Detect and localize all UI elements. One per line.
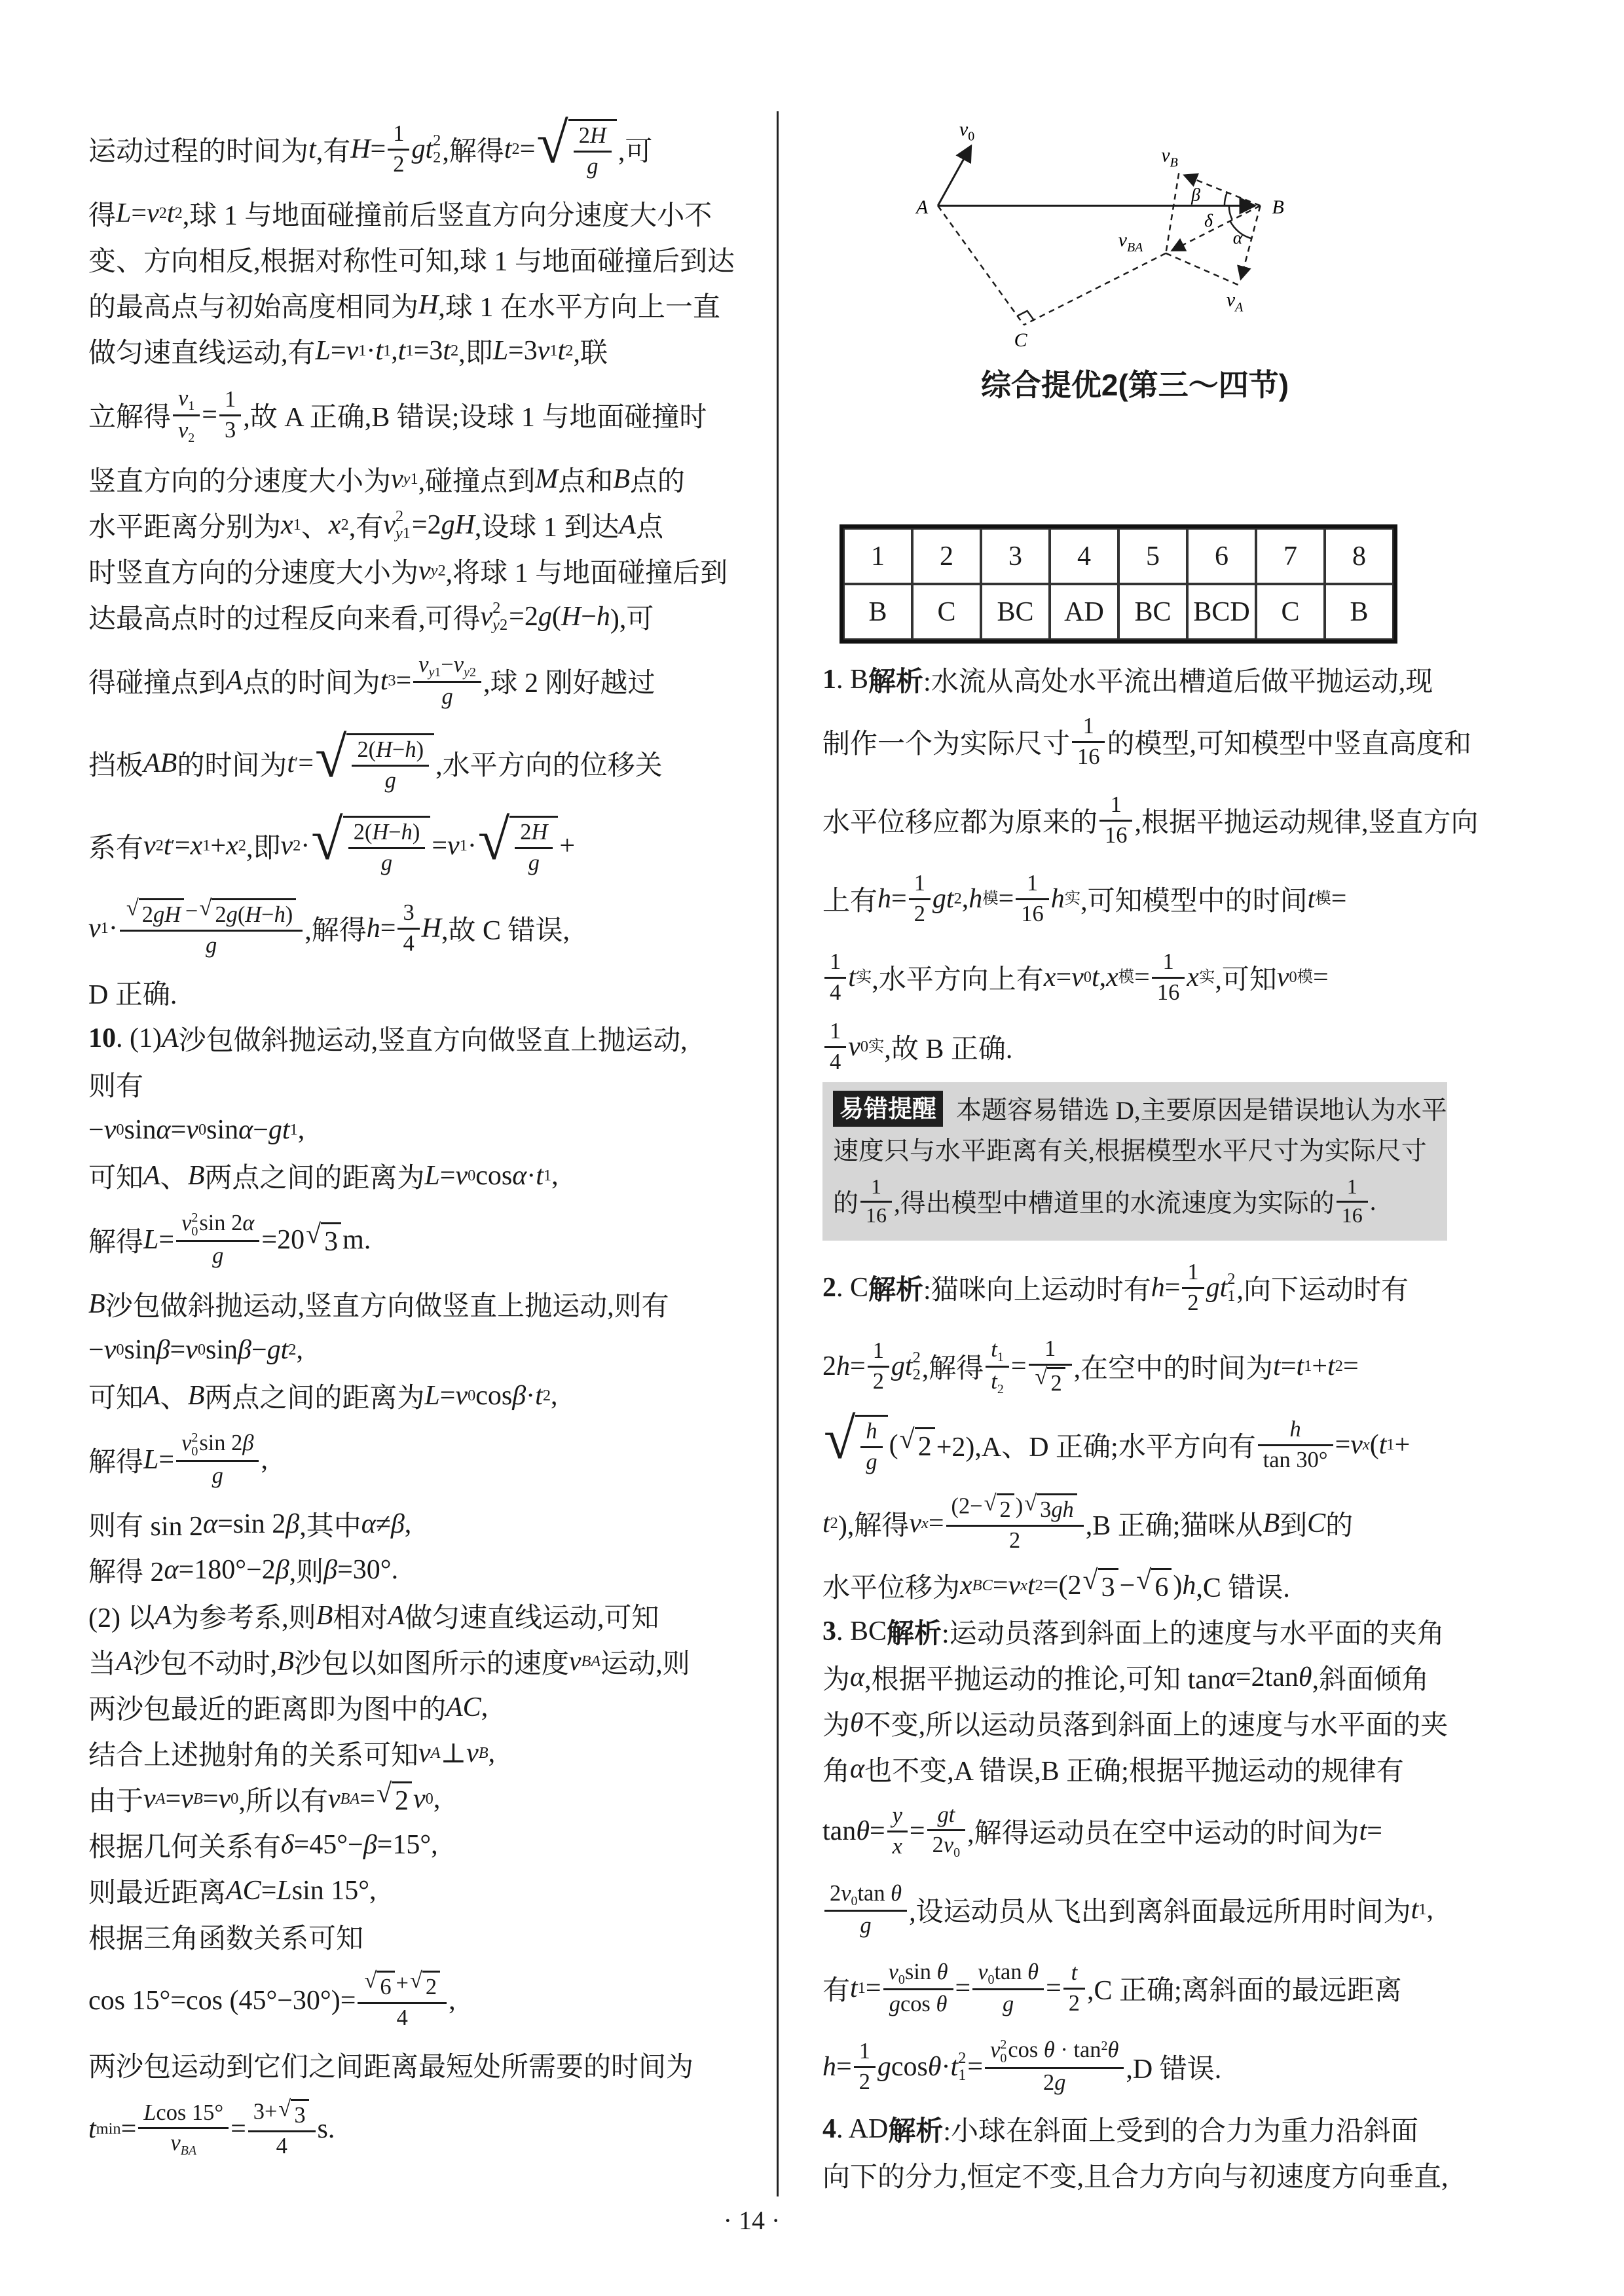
text-line: 则最近距离 AC=Lsin 15°, xyxy=(88,1868,756,1914)
text-line: 两沙包运动到它们之间距离最短处所需要的时间为 xyxy=(88,2042,756,2088)
text-line: 解得 L=v20sin 2αg=20√3 m. xyxy=(88,1199,756,1281)
question-number-cell: 4 xyxy=(1050,528,1118,584)
text-line: 2v0tan θg,设运动员从飞出到离斜面最远所用时间为 t1, xyxy=(822,1870,1447,1949)
text-line: 结合上述抛射角的关系可知 vA⊥vB, xyxy=(88,1730,756,1776)
answer-cell: C xyxy=(1256,584,1325,640)
answer-cell: AD xyxy=(1050,584,1118,640)
text-line: 根据三角函数关系可知 xyxy=(88,1914,756,1959)
vector-v0 xyxy=(938,146,971,206)
question-number-cell: 3 xyxy=(981,528,1050,584)
text-line: 解得 2α=180°−2β,则 β=30°. xyxy=(88,1547,756,1593)
answer-cell: BC xyxy=(981,584,1050,640)
text-line: 得碰撞点到 A 点的时间为 t3=vy1−vy2g,球 2 刚好越过 xyxy=(88,640,756,722)
text-line: 2h=12gt22,解得t1t2=1√2,在空中的时间为 t=t1+t2= xyxy=(822,1327,1447,1406)
text-line: tmin=Lcos 15°vBA=3+√34 s. xyxy=(88,2088,756,2170)
page-number: · 14 · xyxy=(0,2205,1504,2236)
line-CB xyxy=(1024,253,1166,325)
error-alert-box: 易错提醒 本题容易错选 D,主要原因是错误地认为水平 速度只与水平距离有关,根据… xyxy=(822,1082,1447,1241)
text-line: 1. B 解析:水流从高处水平流出槽道后做平抛运动,现 xyxy=(822,657,1447,702)
text-line: 挡板 AB 的时间为 t′=√2(H−h)g,水平方向的位移关 xyxy=(88,722,756,805)
text-line: 则有 sin 2α=sin 2β,其中 α≠β, xyxy=(88,1501,756,1547)
label-v0: v0 xyxy=(959,118,974,144)
text-line: h=12gcos θ · t21=v20cos θ · tan2θ2g,D 错误… xyxy=(822,2028,1447,2106)
text-line: 两沙包最近的距离即为图中的 AC, xyxy=(88,1685,756,1730)
text-line: 可知 A、B 两点之间的距离为 L=v0cos β · t2, xyxy=(88,1373,756,1419)
text-line: 14t实,水平方向上有 x=v0t,x模=116x实,可知 v0模= xyxy=(822,938,1447,1017)
right-column: A B C v0 vB vBA vA β δ α 综合提优2(第三～四节) 1 … xyxy=(822,0,1447,2198)
text-line: 为 θ 不变,所以运动员落到斜面上的速度与水平面的夹 xyxy=(822,1700,1447,1746)
text-line: 变、方向相反,根据对称性可知,球 1 与地面碰撞后到达 xyxy=(88,236,756,282)
text-line: 角 α 也不变,A 错误,B 正确;根据平抛运动的规律有 xyxy=(822,1746,1447,1792)
text-line: 运动过程的时间为 t,有 H=12gt22,解得 t2=√2Hg,可 xyxy=(88,108,756,191)
question-number-cell: 2 xyxy=(912,528,981,584)
text-line: 向下的分力,恒定不变,且合力方向与初速度方向垂直, xyxy=(822,2152,1447,2198)
text-line: 的最高点与初始高度相同为 H,球 1 在水平方向上一直 xyxy=(88,282,756,328)
line-vBA-to-vA xyxy=(1166,253,1238,285)
text-line: 4. AD 解析:小球在斜面上受到的合力为重力沿斜面 xyxy=(822,2106,1447,2152)
label-delta: δ xyxy=(1204,211,1213,231)
solution-1: 1. B 解析:水流从高处水平流出槽道后做平抛运动,现制作一个为实际尺寸116的… xyxy=(822,657,1447,1077)
text-line: 为 α,根据平抛运动的推论,可知 tan α=2tan θ,斜面倾角 xyxy=(822,1654,1447,1700)
text-line: 做匀速直线运动,有 L=v1 · t1,t1=3t2,即 L=3v1t2,联 xyxy=(88,328,756,374)
label-vA: vA xyxy=(1227,289,1244,314)
text-line: 10. (1) A 沙包做斜抛运动,竖直方向做竖直上抛运动, xyxy=(88,1015,756,1061)
text-line: (2) 以 A 为参考系,则 B 相对 A 做匀速直线运动,可知 xyxy=(88,1593,756,1639)
text-line: √hg(√2+2),A、D 正确;水平方向有 htan 30°=vx(t1+ xyxy=(822,1406,1447,1484)
text-line: −v0sin α=v0sin α−gt1, xyxy=(88,1107,756,1153)
question-number-cell: 5 xyxy=(1118,528,1187,584)
question-number-cell: 6 xyxy=(1187,528,1256,584)
alert-label: 易错提醒 xyxy=(833,1091,943,1127)
left-column: 运动过程的时间为 t,有 H=12gt22,解得 t2=√2Hg,可得 L=v2… xyxy=(88,0,756,2170)
text-line: 根据几何关系有 δ=45°−β=15°, xyxy=(88,1822,756,1868)
label-beta: β xyxy=(1190,185,1200,205)
text-line: 3. BC 解析:运动员落到斜面上的速度与水平面的夹角 xyxy=(822,1609,1447,1654)
question-number-cell: 8 xyxy=(1325,528,1393,584)
velocity-vector-diagram: A B C v0 vB vBA vA β δ α xyxy=(849,108,1320,355)
line-vB-to-vBA xyxy=(1166,173,1179,253)
text-line: 有 t1=v0sin θgcos θ=v0tan θg=t2,C 正确;离斜面的… xyxy=(822,1949,1447,2028)
text-line: 的116,得出模型中槽道里的水流速度为实际的116. xyxy=(833,1169,1437,1234)
text-line: 得 L=v2t2,球 1 与地面碰撞前后竖直方向分速度大小不 xyxy=(88,191,756,236)
label-A: A xyxy=(915,196,929,218)
text-line: 可知 A、B 两点之间的距离为 L=v0cos α · t1, xyxy=(88,1153,756,1199)
text-line: 则有 xyxy=(88,1061,756,1107)
text-line: tan θ=yx=gt2v0,解得运动员在空中运动的时间为 t= xyxy=(822,1792,1447,1870)
alert-first-line: 本题容易错选 D,主要原因是错误地认为水平 xyxy=(956,1090,1447,1127)
text-line: 达最高点时的过程反向来看,可得 v2y2=2g(H−h),可 xyxy=(88,594,756,640)
text-line: cos 15°=cos (45°−30°)=√6+√24, xyxy=(88,1959,756,2042)
label-vBA: vBA xyxy=(1118,229,1143,255)
label-vB: vB xyxy=(1161,145,1177,170)
text-line: 水平距离分别为 x1、x2,有 v2y1=2gH,设球 1 到达 A 点 xyxy=(88,502,756,548)
text-line: 2. C 解析:猫咪向上运动时有 h=12gt21,向下运动时有 xyxy=(822,1248,1447,1327)
solutions-2-3-4: 2. C 解析:猫咪向上运动时有 h=12gt21,向下运动时有2h=12gt2… xyxy=(822,1248,1447,2198)
text-line: v1 · √2gH−√2g(H−h)g,解得 h=34H,故 C 错误, xyxy=(88,887,756,970)
text-line: 系有 v2t′=x1+x2,即 v2 · √2(H−h)g=v1 · √2Hg+ xyxy=(88,805,756,887)
text-line: 水平位移应都为原来的116,根据平抛运动规律,竖直方向 xyxy=(822,781,1447,860)
question-number-cell: 7 xyxy=(1256,528,1325,584)
answer-cell: B xyxy=(843,584,912,640)
text-line: B 沙包做斜抛运动,竖直方向做竖直上抛运动,则有 xyxy=(88,1281,756,1327)
angle-arc-beta xyxy=(1225,192,1227,206)
answer-cell: B xyxy=(1325,584,1393,640)
text-line: t2),解得 vx=(2−√2)√3gh2,B 正确;猫咪从 B 到 C 的 xyxy=(822,1484,1447,1563)
text-line: 时竖直方向的分速度大小为 vy2,将球 1 与地面碰撞后到 xyxy=(88,548,756,594)
answer-cell: BCD xyxy=(1187,584,1256,640)
vector-vBA xyxy=(1172,206,1260,251)
angle-arc-delta xyxy=(1229,206,1232,219)
text-line: −v0sinβ=v0sinβ−gt2, xyxy=(88,1327,756,1373)
answer-cell: BC xyxy=(1118,584,1187,640)
text-line: 制作一个为实际尺寸116的模型,可知模型中竖直高度和 xyxy=(822,702,1447,781)
label-alpha: α xyxy=(1233,228,1244,248)
text-line: 速度只与水平距离有关,根据模型水平尺寸为实际尺寸 xyxy=(833,1129,1437,1169)
answer-cell: C xyxy=(912,584,981,640)
text-line: 竖直方向的分速度大小为 vy1,碰撞点到 M 点和 B 点的 xyxy=(88,456,756,502)
text-line: 由于 vA=vB=v0,所以有 vBA=√2v0, xyxy=(88,1776,756,1822)
alert-body: 速度只与水平距离有关,根据模型水平尺寸为实际尺寸的116,得出模型中槽道里的水流… xyxy=(833,1129,1437,1234)
section-heading: 综合提优2(第三～四节) xyxy=(822,362,1447,408)
text-line: 水平位移为 xBC=vxt2=(2√3−√6)h,C 错误. xyxy=(822,1563,1447,1609)
label-B: B xyxy=(1272,196,1283,218)
question-number-cell: 1 xyxy=(843,528,912,584)
text-line: 立解得v1v2=13,故 A 正确,B 错误;设球 1 与地面碰撞时 xyxy=(88,374,756,456)
textbook-answer-page: 运动过程的时间为 t,有 H=12gt22,解得 t2=√2Hg,可得 L=v2… xyxy=(0,0,1624,2296)
vector-vA xyxy=(1241,206,1261,279)
text-line: 14v0实,故 B 正确. xyxy=(822,1017,1447,1077)
label-C: C xyxy=(1014,329,1028,351)
text-line: 当 A 沙包不动时,B 沙包以如图所示的速度 vBA 运动,则 xyxy=(88,1639,756,1685)
line-AC xyxy=(938,206,1024,325)
answer-table: 1 2 3 4 5 6 7 8 B C BC AD BC BCD C B xyxy=(840,524,1397,644)
column-divider xyxy=(777,111,779,2196)
text-line: 解得 L=v20sin 2βg, xyxy=(88,1419,756,1501)
text-line: D 正确. xyxy=(88,970,756,1015)
text-line: 上有 h=12gt2,h模=116h实,可知模型中的时间 t模= xyxy=(822,860,1447,938)
